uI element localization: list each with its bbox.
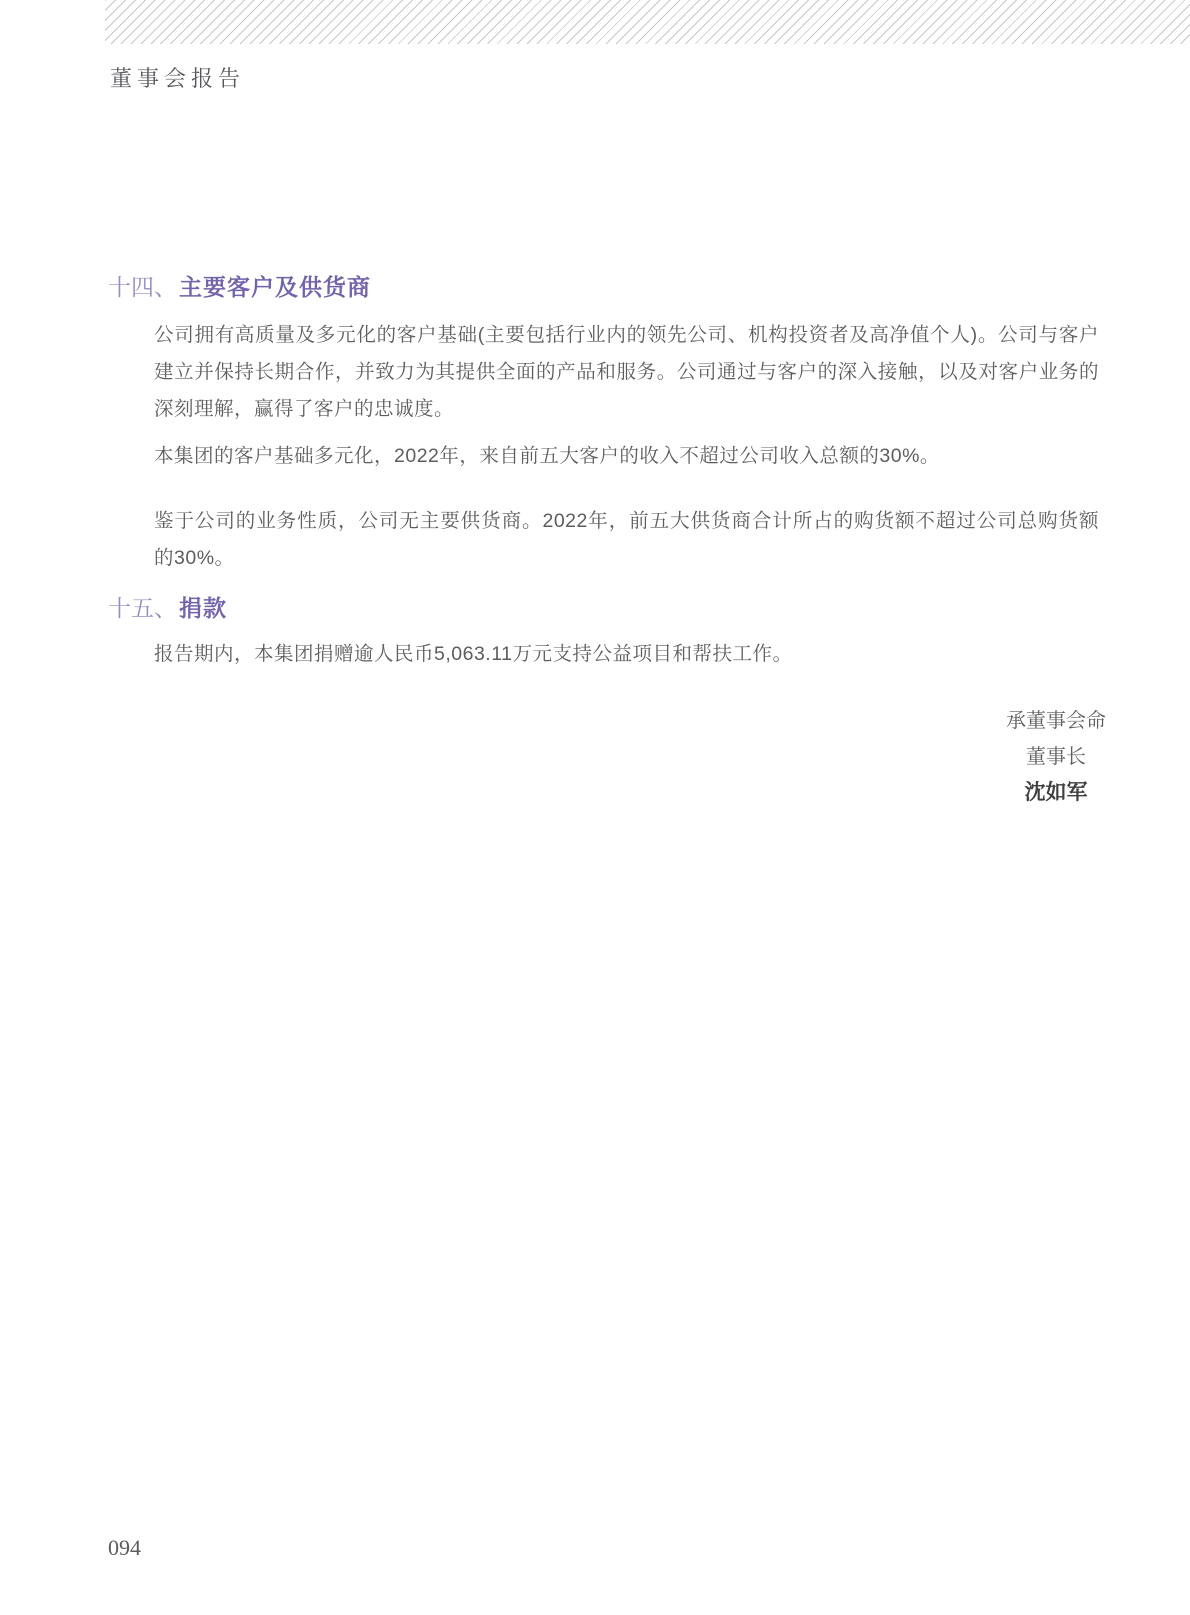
paragraph-donations: 报告期内，本集团捐赠逾人民币5,063.11万元支持公益项目和帮扶工作。 — [154, 636, 1099, 673]
report-page: 董事会报告 十四、主要客户及供货商 公司拥有高质量及多元化的客户基础(主要包括行… — [0, 0, 1190, 1615]
signature-by-order: 承董事会命 — [1006, 703, 1106, 739]
section-heading-donations: 十五、捐款 — [108, 593, 227, 623]
page-header-title: 董事会报告 — [110, 62, 245, 93]
paragraph-top-five-customers: 本集团的客户基础多元化，2022年，来自前五大客户的收入不超过公司收入总额的30… — [154, 438, 1099, 475]
section-title: 主要客户及供货商 — [179, 274, 371, 300]
decorative-hatch-band — [105, 0, 1190, 44]
paragraph-top-five-suppliers: 鉴于公司的业务性质，公司无主要供货商。2022年，前五大供货商合计所占的购货额不… — [154, 503, 1099, 577]
paragraph-customer-base: 公司拥有高质量及多元化的客户基础(主要包括行业内的领先公司、机构投资者及高净值个… — [154, 317, 1099, 428]
signature-role: 董事长 — [1006, 739, 1106, 775]
page-number: 094 — [108, 1535, 141, 1561]
signature-block: 承董事会命 董事长 沈如军 — [1006, 703, 1106, 811]
section-number: 十四、 — [108, 274, 177, 300]
section-heading-major-customers: 十四、主要客户及供货商 — [108, 272, 371, 302]
section-title: 捐款 — [179, 595, 227, 621]
section-number: 十五、 — [108, 595, 177, 621]
signature-name: 沈如军 — [1006, 775, 1106, 811]
